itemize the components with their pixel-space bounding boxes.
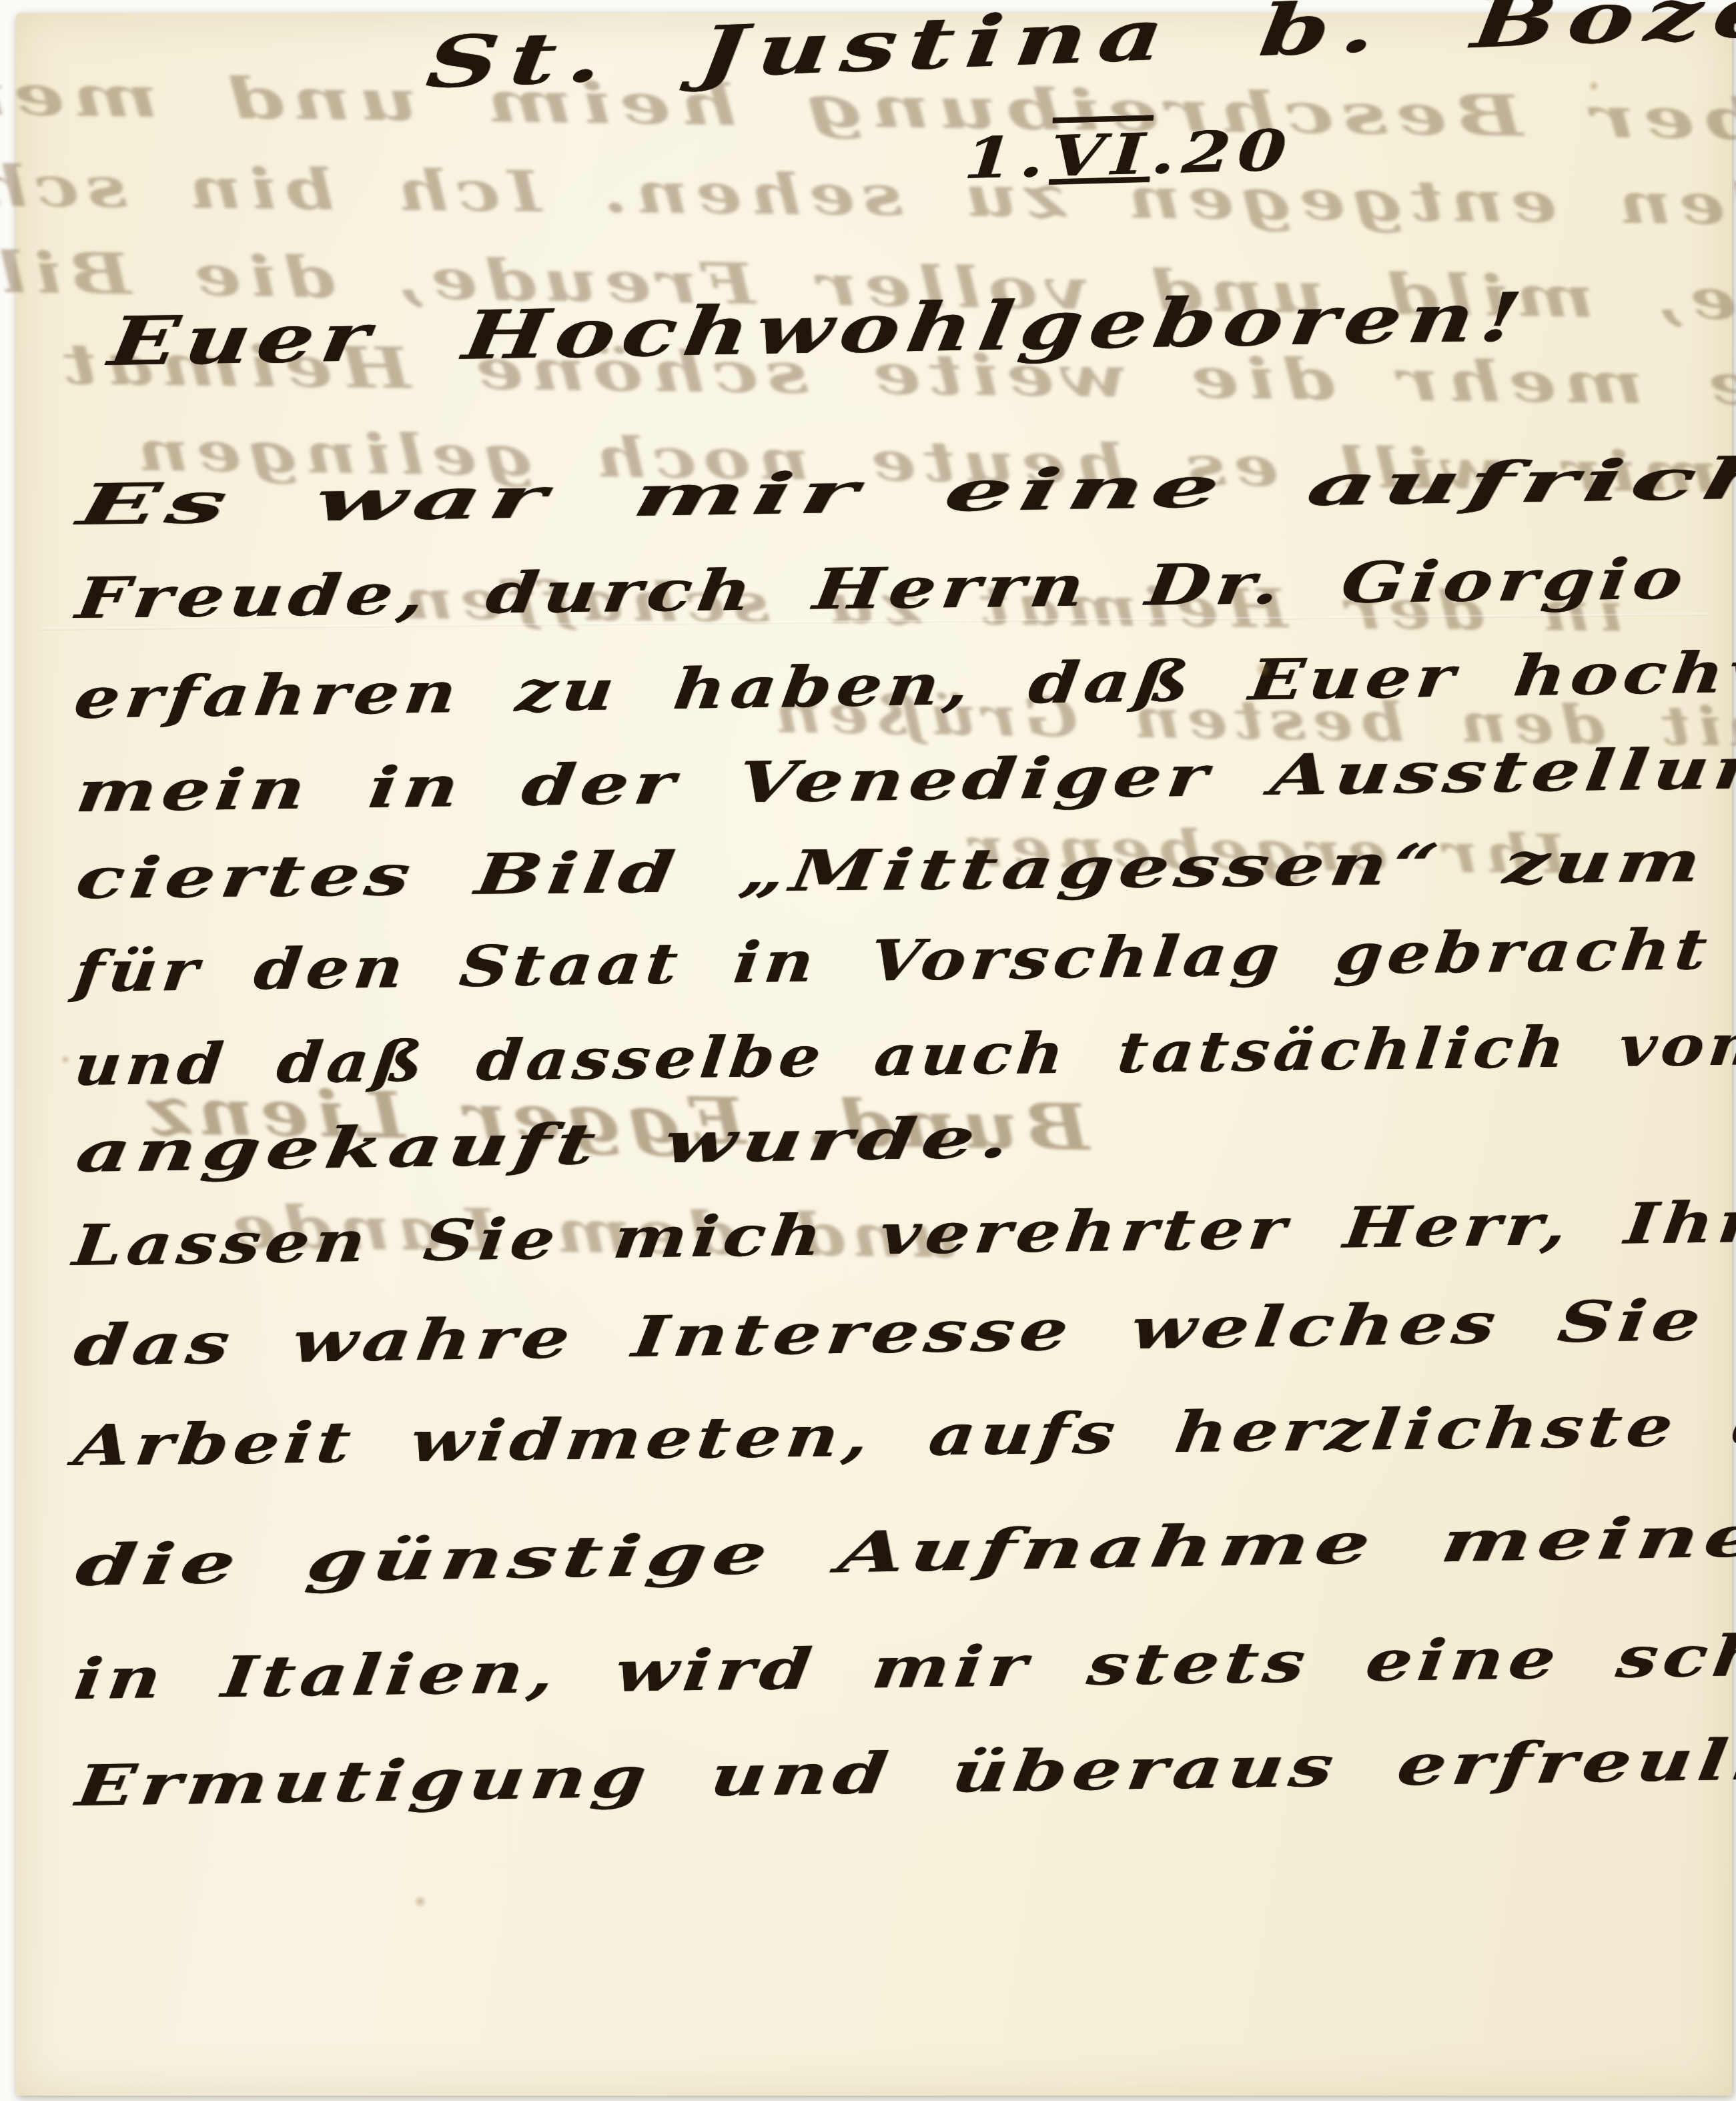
foxing-spot: [1588, 80, 1600, 92]
date-day: 1.: [962, 123, 1053, 192]
date-month-roman-numeral: VI: [1049, 121, 1154, 189]
letter-body-line: angekauft wurde.: [73, 1110, 1019, 1180]
letter-date-line: 1.VI.20: [962, 122, 1294, 187]
date-year: .20: [1149, 117, 1295, 187]
foxing-spot: [60, 1054, 71, 1065]
foxing-spot: [414, 1895, 427, 1908]
foxing-spot: [1254, 661, 1272, 678]
letter-scan: lieber Beschreibung heim und meinem Freu…: [0, 0, 1736, 2101]
